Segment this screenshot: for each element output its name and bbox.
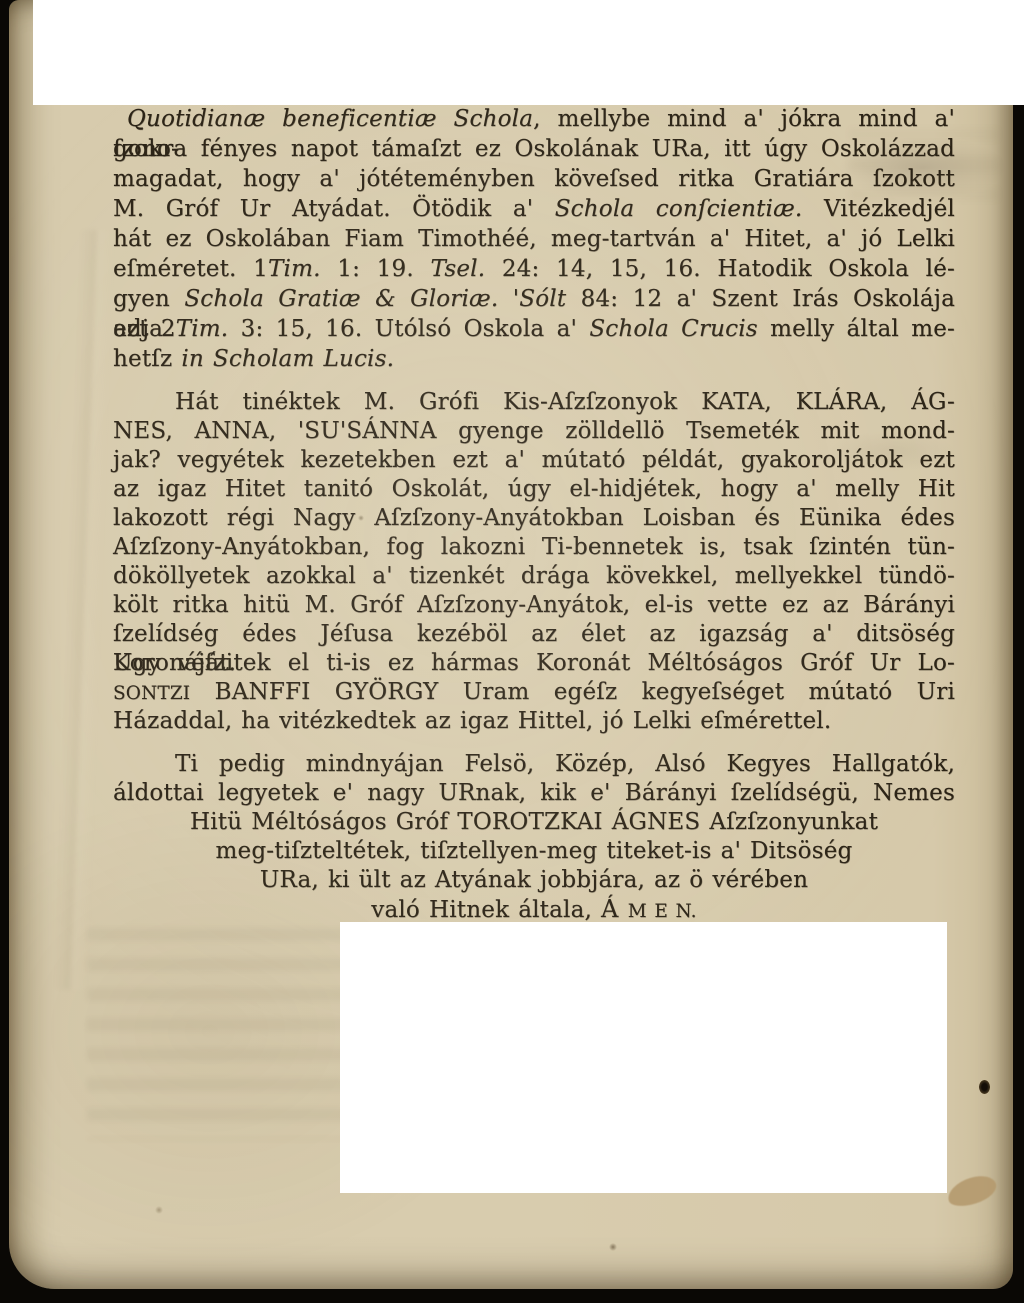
paper-stain — [944, 1171, 999, 1210]
text-segment: Vitézkedjél — [802, 196, 955, 222]
text-segment: magadat, hogy a' jótéteményben köveſsed … — [113, 166, 955, 192]
text-line: NES, ANNA, 'SU'SÁNNA gyenge zölldellö Ts… — [113, 417, 955, 446]
text-line: Quotidianæ beneficentiæ Schola, mellybe … — [113, 104, 955, 134]
text-segment: hetſz — [113, 346, 181, 372]
text-line: URa, ki ült az Atyának jobbjára, az ö vé… — [113, 866, 955, 895]
show-through-text — [87, 928, 349, 1140]
text-line: M. Gróf Ur Atyádat. Ötödik a' Schola con… — [113, 194, 955, 224]
text-line: való Hitnek általa, Á M E N. — [113, 895, 955, 924]
text-segment: 3: 15, 16. Utólsó Oskola a' — [228, 316, 589, 342]
text-line: hát ez Oskolában Fiam Timothéé, meg-tart… — [113, 224, 955, 254]
text-segment: dököllyetek azokkal a' tizenkét drága kö… — [113, 563, 955, 589]
text-line: költ ritka hitü M. Gróf Aſzſzony-Anyátok… — [113, 591, 955, 620]
text-segment: ſzokra fényes napot támaſzt ez Oskolának… — [113, 136, 955, 162]
text-segment: BANFFI GYÖRGY Uram egéſz kegyeſséget mút… — [190, 679, 955, 705]
closing-blessing-paragraph: Ti pedig mindnyájan Felsö, Közép, Alsó K… — [113, 750, 955, 924]
text-segment: költ ritka hitü M. Gróf Aſzſzony-Anyátok… — [113, 592, 955, 618]
text-line: eſméretet. 1Tim. 1: 19. Tsel. 24: 14, 15… — [113, 254, 955, 284]
text-line: ezt 2Tim. 3: 15, 16. Utólsó Oskola a' Sc… — [113, 314, 955, 344]
text-line: lakozott régi Nagy Aſzſzony-Anyátokban L… — [113, 504, 955, 533]
text-segment: M E N. — [628, 901, 697, 922]
text-segment: in Scholam Lucis. — [181, 346, 394, 372]
text-segment: Schola Crucis — [589, 316, 758, 342]
text-segment: Á — [601, 895, 628, 923]
text-segment: M. Gróf Ur Atyádat. Ötödik a' — [113, 196, 555, 222]
text-line: dököllyetek azokkal a' tizenkét drága kö… — [113, 562, 955, 591]
text-line: hetſz in Scholam Lucis. — [113, 344, 955, 374]
text-segment: eſméretet. 1 — [113, 256, 268, 282]
text-segment: NES, ANNA, 'SU'SÁNNA gyenge zölldellö Ts… — [113, 418, 955, 444]
text-segment: Ti pedig mindnyájan Felsö, Közép, Alsó K… — [175, 751, 955, 777]
text-segment: Ugy véſzitek el ti-is ez hármas Koronát … — [113, 650, 955, 676]
text-line: magadat, hogy a' jótéteményben köveſsed … — [113, 164, 955, 194]
text-segment: SONTZI — [113, 683, 190, 704]
text-line: Házaddal, ha vitézkedtek az igaz Hittel,… — [113, 707, 955, 736]
text-line: Ti pedig mindnyájan Felsö, Közép, Alsó K… — [113, 750, 955, 779]
text-line: jak? vegyétek kezetekben ezt a' mútató p… — [113, 446, 955, 475]
text-segment: Hitü Méltóságos Gróf TOROTZKAI ÁGNES Aſz… — [190, 809, 878, 835]
text-line: Ugy véſzitek el ti-is ez hármas Koronát … — [113, 649, 955, 678]
text-segment: 1: 19. — [321, 256, 431, 282]
text-line: gyen Schola Gratiæ & Gloriæ. 'Sólt 84: 1… — [113, 284, 955, 314]
text-segment: gyen — [113, 286, 184, 312]
text-segment: Tim. — [176, 316, 229, 342]
text-segment: Schola Gratiæ & Gloriæ. 'Sólt — [184, 286, 566, 312]
text-segment: Tsel. — [430, 256, 485, 282]
text-segment: az igaz Hitet tanitó Oskolát, úgy el-hid… — [113, 476, 955, 502]
text-line: ſzelídség édes Jéſusa kezéböl az élet az… — [113, 620, 955, 649]
text-segment: Aſzſzony-Anyátokban, fog lakozni Ti-benn… — [113, 534, 955, 560]
paper-crease — [54, 230, 115, 991]
redaction-top-strip — [33, 0, 1024, 105]
page-text: Quotidianæ beneficentiæ Schola, mellybe … — [113, 104, 955, 924]
text-line: ſzokra fényes napot támaſzt ez Oskolának… — [113, 134, 955, 164]
text-segment: jak? vegyétek kezetekben ezt a' mútató p… — [113, 447, 955, 473]
address-to-countesses-paragraph: Hát tinéktek M. Grófi Kis-Aſzſzonyok KAT… — [113, 388, 955, 736]
redaction-bottom-box — [340, 922, 947, 1193]
text-line: Aſzſzony-Anyátokban, fog lakozni Ti-benn… — [113, 533, 955, 562]
text-line: az igaz Hitet tanitó Oskolát, úgy el-hid… — [113, 475, 955, 504]
text-segment: áldottai legyetek e' nagy URnak, kik e' … — [113, 780, 955, 806]
text-segment: Hát tinéktek M. Grófi Kis-Aſzſzonyok KAT… — [175, 389, 955, 415]
wormhole-mark — [979, 1080, 990, 1094]
text-segment: meg-tiſzteltétek, tiſztellyen-meg titeke… — [216, 838, 853, 864]
text-segment: Schola conſcientiæ. — [555, 196, 803, 222]
text-line: Hát tinéktek M. Grófi Kis-Aſzſzonyok KAT… — [113, 388, 955, 417]
text-line: SONTZI BANFFI GYÖRGY Uram egéſz kegyeſsé… — [113, 678, 955, 707]
text-segment: lakozott régi Nagy Aſzſzony-Anyátokban L… — [113, 505, 955, 531]
text-segment: Quotidianæ beneficentiæ Schola — [127, 106, 533, 132]
text-segment: 24: 14, 15, 16. Hatodik Oskola lé- — [485, 256, 955, 282]
text-line: Hitü Méltóságos Gróf TOROTZKAI ÁGNES Aſz… — [113, 808, 955, 837]
text-segment: hát ez Oskolában Fiam Timothéé, meg-tart… — [113, 226, 955, 252]
text-segment: való Hitnek általa, — [371, 897, 601, 923]
text-segment: melly által me- — [758, 316, 955, 342]
text-segment: Házaddal, ha vitézkedtek az igaz Hittel,… — [113, 708, 831, 734]
text-line: áldottai legyetek e' nagy URnak, kik e' … — [113, 779, 955, 808]
schola-enumeration-paragraph: Quotidianæ beneficentiæ Schola, mellybe … — [113, 104, 955, 374]
scanned-page-canvas: Quotidianæ beneficentiæ Schola, mellybe … — [0, 0, 1024, 1303]
text-segment: Tim. — [268, 256, 321, 282]
text-line: meg-tiſzteltétek, tiſztellyen-meg titeke… — [113, 837, 955, 866]
text-segment: ezt 2 — [113, 316, 176, 342]
text-segment: URa, ki ült az Atyának jobbjára, az ö vé… — [260, 867, 808, 893]
